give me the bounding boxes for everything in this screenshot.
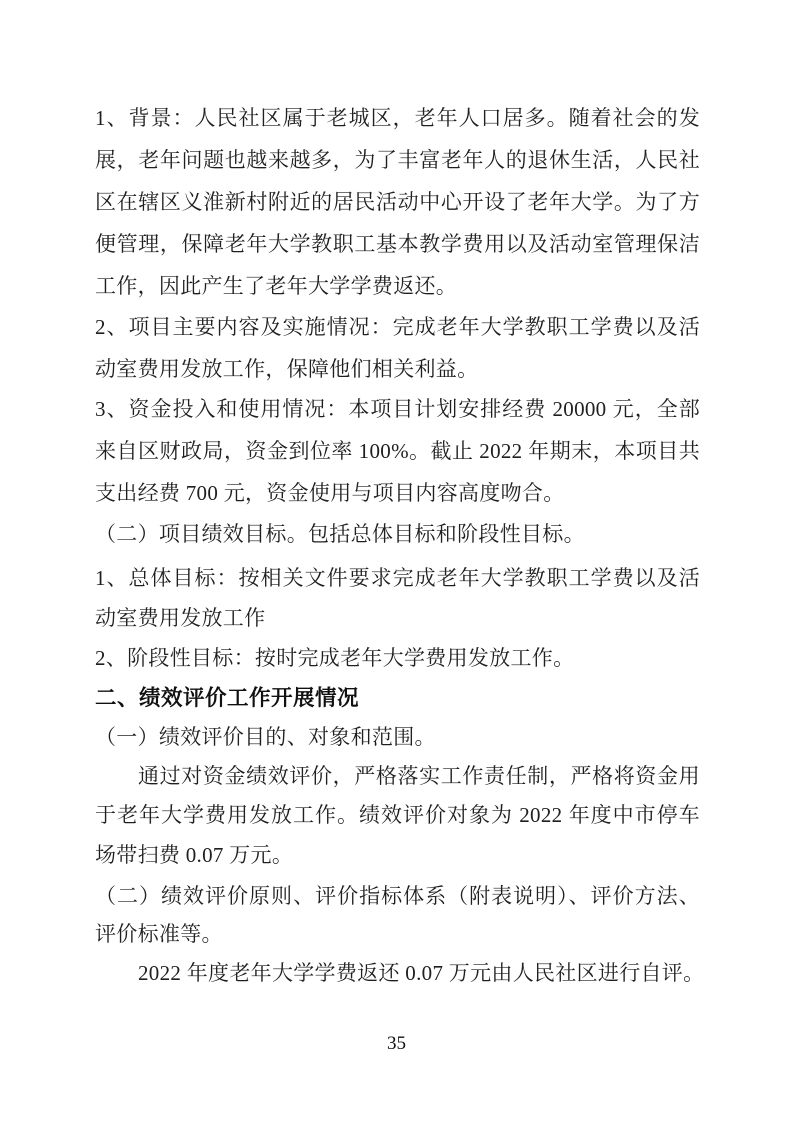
page-number: 35: [0, 1033, 793, 1055]
text-line: 支出经费 700 元，资金使用与项目内容高度吻合。: [95, 478, 700, 508]
text-line: （二）绩效评价原则、评价指标体系（附表说明）、评价方法、: [95, 881, 700, 911]
text-line: 2、阶段性目标：按时完成老年大学费用发放工作。: [95, 643, 700, 673]
section-heading: 二、绩效评价工作开展情况: [95, 683, 700, 713]
text-line: 展，老年问题也越来越多，为了丰富老年人的退休生活，人民社: [95, 145, 700, 175]
text-line: 通过对资金绩效评价，严格落实工作责任制，严格将资金用: [95, 761, 700, 791]
text-line: 工作，因此产生了老年大学学费返还。: [95, 271, 700, 301]
text-line: 来自区财政局，资金到位率 100%。截止 2022 年期末，本项目共: [95, 436, 700, 466]
text-line: 1、背景：人民社区属于老城区，老年人口居多。随着社会的发: [95, 103, 700, 133]
text-line: 评价标准等。: [95, 919, 700, 949]
text-line: 场带扫费 0.07 万元。: [95, 840, 700, 870]
text-line: 动室费用发放工作，保障他们相关利益。: [95, 354, 700, 384]
text-line: 2、项目主要内容及实施情况：完成老年大学教职工学费以及活: [95, 312, 700, 342]
document-page: 1、背景：人民社区属于老城区，老年人口居多。随着社会的发 展，老年问题也越来越多…: [0, 0, 793, 1122]
text-line: 3、资金投入和使用情况：本项目计划安排经费 20000 元，全部: [95, 394, 700, 424]
text-line: 于老年大学费用发放工作。绩效评价对象为 2022 年度中市停车: [95, 800, 700, 830]
text-line: 动室费用发放工作: [95, 603, 700, 633]
text-line: 便管理，保障老年大学教职工基本教学费用以及活动室管理保洁: [95, 229, 700, 259]
text-line: （一）绩效评价目的、对象和范围。: [95, 722, 700, 752]
text-line: 2022 年度老年大学学费返还 0.07 万元由人民社区进行自评。: [95, 958, 700, 988]
text-line: 区在辖区义淮新村附近的居民活动中心开设了老年大学。为了方: [95, 187, 700, 217]
text-line: 1、总体目标：按相关文件要求完成老年大学教职工学费以及活: [95, 563, 700, 593]
text-line: （二）项目绩效目标。包括总体目标和阶段性目标。: [95, 519, 700, 549]
